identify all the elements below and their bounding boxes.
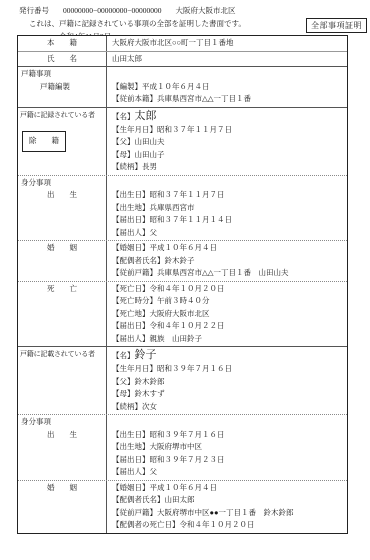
spouse-death-date-line: 【配偶者の死亡日】令和４年１０月２０日 (112, 519, 345, 532)
koseki-jiko-section: 戸籍事項 戸籍編製 【編製】平成１０年６月４日 【従前本籍】兵庫県西宮市△△一丁… (18, 67, 347, 108)
family-name-row: 氏 名 山田太郎 (18, 52, 347, 68)
birth-date-line-2: 【出生日】昭和３９年７月１６日 (112, 429, 345, 442)
person1-recorded-label: 戸籍に記録されている者 (20, 109, 104, 122)
person1-father-line: 【父】山田山夫 (112, 136, 345, 149)
honseki-row: 本 籍 大阪府大阪市北区○○町一丁目１番地 (18, 36, 347, 52)
person2-events-labels: 身分事項 出 生 (18, 415, 107, 480)
marriage-date-line-1: 【婚姻日】平成１０年６月４日 (112, 242, 345, 255)
person1-name: 太郎 (135, 110, 157, 122)
issue-number-line: 発行番号00000000−00000000−00000000大阪府大阪市北区 (19, 5, 370, 18)
person2-relation-line: 【続柄】次女 (112, 401, 345, 414)
marriage-event-label-2: 婚 姻 (20, 482, 104, 495)
person1-death-values: 【死亡日】令和４年１０月２０日 【死亡時分】午前３時４０分 【死亡地】大阪府大阪… (107, 282, 347, 347)
mibun-jiko-header-2: 身分事項 (20, 416, 104, 429)
former-honseki-line: 【従前本籍】兵庫県西宮市△△一丁目１番 (112, 93, 345, 106)
koseki-hensei-label: 戸籍編製 (20, 81, 104, 94)
former-register-line-1: 【従前戸籍】兵庫県西宮市△△一丁目１番 山田山夫 (112, 267, 345, 280)
person2-labels: 戸籍に記載されている者 (18, 347, 107, 414)
person2-birth-values: 【出生日】昭和３９年７月１６日 【出生地】大阪府堺市中区 【届出日】昭和３９年７… (107, 415, 347, 480)
person1-marriage-labels: 婚 姻 (18, 241, 107, 281)
person2-marriage-event: 婚 姻 【婚姻日】平成１０年６月４日 【配偶者氏名】山田太郎 【従前戸籍】大阪府… (18, 481, 347, 533)
former-register-line-2: 【従前戸籍】大阪府堺市中区●●一丁目１番 鈴木鈴郎 (112, 507, 345, 520)
person1-marriage-values: 【婚姻日】平成１０年６月４日 【配偶者氏名】鈴木鈴子 【従前戸籍】兵庫県西宮市△… (107, 241, 347, 281)
birth-reporter-line-2: 【届出人】父 (112, 466, 345, 479)
person2-birth-event: 身分事項 出 生 【出生日】昭和３９年７月１６日 【出生地】大阪府堺市中区 【届… (18, 415, 347, 481)
person2-section: 戸籍に記載されている者 【名】鈴子 【生年月日】昭和３９年７月１６日 【父】鈴木… (18, 347, 347, 415)
person2-name: 鈴子 (135, 349, 157, 361)
person1-section: 戸籍に記録されている者 除 籍 【名】太郎 【生年月日】昭和３７年１１月７日 【… (18, 108, 347, 176)
person1-birthdate-line: 【生年月日】昭和３７年１１月７日 (112, 124, 345, 137)
birth-date-line-1: 【出生日】昭和３７年１１月７日 (112, 189, 345, 202)
birth-reporter-line-1: 【届出人】父 (112, 227, 345, 240)
person1-mother-line: 【母】山田山子 (112, 149, 345, 162)
person1-birth-values: 【出生日】昭和３７年１１月７日 【出生地】兵庫県西宮市 【届出日】昭和３７年１１… (107, 176, 347, 241)
person2-father-line: 【父】鈴木鈴郎 (112, 376, 345, 389)
person1-relation-line: 【続柄】長男 (112, 161, 345, 174)
mibun-jiko-header-1: 身分事項 (20, 177, 104, 190)
family-name-label: 氏 名 (18, 52, 107, 67)
issue-office: 大阪府大阪市北区 (175, 6, 235, 15)
koseki-certificate-page: 全部事項証明 本 籍 大阪府大阪市北区○○町一丁目１番地 氏 名 山田太郎 戸籍… (0, 5, 370, 560)
death-date-line: 【死亡日】令和４年１０月２０日 (112, 283, 345, 296)
person2-marriage-labels: 婚 姻 (18, 481, 107, 533)
koseki-jiko-header: 戸籍事項 (20, 68, 104, 81)
person2-values: 【名】鈴子 【生年月日】昭和３９年７月１６日 【父】鈴木鈴郎 【母】鈴木すず 【… (107, 347, 347, 414)
death-reporter-line: 【届出人】親族 山田鈴子 (112, 333, 345, 346)
death-place-line: 【死亡地】大阪府大阪市北区 (112, 308, 345, 321)
person2-recorded-label: 戸籍に記載されている者 (20, 348, 104, 361)
koseki-table: 本 籍 大阪府大阪市北区○○町一丁目１番地 氏 名 山田太郎 戸籍事項 戸籍編製… (17, 35, 348, 534)
honseki-value: 大阪府大阪市北区○○町一丁目１番地 (107, 36, 347, 51)
person1-name-line: 【名】太郎 (112, 109, 345, 124)
person2-name-line: 【名】鈴子 (112, 348, 345, 363)
certificate-type-label: 全部事項証明 (306, 18, 367, 33)
birth-report-date-line-2: 【届出日】昭和３９年７月２３日 (112, 454, 345, 467)
honseki-label: 本 籍 (18, 36, 107, 51)
person1-values: 【名】太郎 【生年月日】昭和３７年１１月７日 【父】山田山夫 【母】山田山子 【… (107, 108, 347, 175)
family-name-value: 山田太郎 (107, 52, 347, 67)
spouse-name-line-1: 【配偶者氏名】鈴木鈴子 (112, 255, 345, 268)
person1-events-labels: 身分事項 出 生 (18, 176, 107, 241)
marriage-date-line-2: 【婚姻日】平成１０年６月４日 (112, 482, 345, 495)
birth-event-label-1: 出 生 (20, 189, 104, 202)
person2-birthdate-line: 【生年月日】昭和３９年７月１６日 (112, 363, 345, 376)
birth-place-line-2: 【出生地】大阪府堺市中区 (112, 441, 345, 454)
issue-number-value: 00000000−00000000−00000000 (63, 6, 161, 15)
issue-number-label: 発行番号 (19, 6, 49, 15)
hensei-date-line: 【編製】平成１０年６月４日 (112, 81, 345, 94)
death-event-label: 死 亡 (20, 283, 104, 296)
joseki-removed-stamp: 除 籍 (22, 131, 66, 152)
birth-event-label-2: 出 生 (20, 429, 104, 442)
person1-birth-event: 身分事項 出 生 【出生日】昭和３７年１１月７日 【出生地】兵庫県西宮市 【届出… (18, 176, 347, 242)
spouse-name-line-2: 【配偶者氏名】山田太郎 (112, 494, 345, 507)
person1-death-labels: 死 亡 (18, 282, 107, 347)
spacer (112, 416, 345, 429)
spacer (112, 68, 345, 81)
birth-report-date-line-1: 【届出日】昭和３７年１１月１４日 (112, 214, 345, 227)
person2-marriage-values: 【婚姻日】平成１０年６月４日 【配偶者氏名】山田太郎 【従前戸籍】大阪府堺市中区… (107, 481, 347, 533)
person1-marriage-event: 婚 姻 【婚姻日】平成１０年６月４日 【配偶者氏名】鈴木鈴子 【従前戸籍】兵庫県… (18, 241, 347, 282)
person2-mother-line: 【母】鈴木すず (112, 388, 345, 401)
person1-death-event: 死 亡 【死亡日】令和４年１０月２０日 【死亡時分】午前３時４０分 【死亡地】大… (18, 282, 347, 348)
marriage-event-label-1: 婚 姻 (20, 242, 104, 255)
spacer (112, 177, 345, 190)
death-report-date-line: 【届出日】令和４年１０月２２日 (112, 320, 345, 333)
birth-place-line-1: 【出生地】兵庫県西宮市 (112, 202, 345, 215)
person1-name-tag: 【名】 (112, 112, 135, 121)
person2-name-tag: 【名】 (112, 351, 135, 360)
death-time-line: 【死亡時分】午前３時４０分 (112, 295, 345, 308)
koseki-jiko-values: 【編製】平成１０年６月４日 【従前本籍】兵庫県西宮市△△一丁目１番 (107, 67, 347, 107)
person1-labels: 戸籍に記録されている者 除 籍 (18, 108, 107, 175)
koseki-jiko-labels: 戸籍事項 戸籍編製 (18, 67, 107, 107)
